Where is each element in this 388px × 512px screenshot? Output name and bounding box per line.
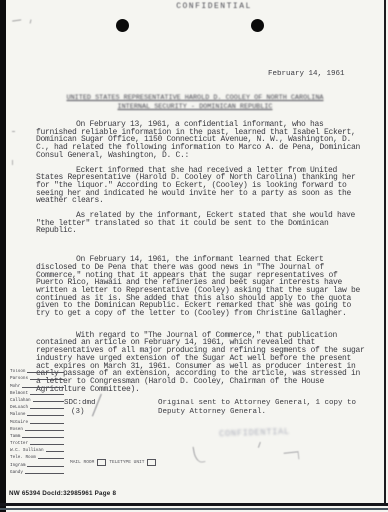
- pencil-mark: [284, 451, 300, 461]
- hole-punch-icon: [116, 19, 129, 32]
- routing-row: Tamm: [10, 432, 65, 439]
- pencil-mark: [12, 16, 21, 21]
- routing-row: Callahan: [10, 396, 65, 403]
- routing-blank-line: [22, 387, 64, 388]
- routing-row: Mohr: [10, 381, 65, 388]
- routing-row: Tele. Room: [10, 453, 65, 460]
- subject-caption: UNITED STATES REPRESENTATIVE HAROLD D. C…: [30, 94, 360, 112]
- routing-name: Callahan: [10, 398, 31, 403]
- routing-row: Rosen: [10, 425, 65, 432]
- routing-row: McGuire: [10, 417, 65, 424]
- routing-name: Ingram: [10, 463, 25, 468]
- routing-name: W.C. Sullivan: [10, 448, 44, 453]
- routing-row: Malone: [10, 410, 65, 417]
- routing-row: DeLoach: [10, 403, 65, 410]
- routing-name: Tele. Room: [10, 455, 36, 460]
- routing-row: Belmont: [10, 389, 65, 396]
- routing-blank-line: [22, 437, 64, 438]
- classification-header: CONFIDENTIAL: [40, 2, 388, 11]
- paragraph: With regard to "The Journal of Commerce,…: [36, 332, 368, 394]
- routing-name: Gandy: [10, 470, 23, 475]
- routing-name: Tamm: [10, 434, 20, 439]
- routing-blank-line: [27, 372, 64, 373]
- routing-blank-line: [30, 423, 64, 424]
- fbi-routing-stamp: Tolson Parsons Mohr Belmont Callahan DeL…: [10, 367, 65, 475]
- mail-room-label: MAIL ROOM: [70, 460, 94, 465]
- copy-count: (3): [64, 408, 96, 417]
- pencil-mark: [12, 160, 15, 165]
- distribution-note: Original sent to Attorney General, 1 cop…: [158, 399, 370, 416]
- hole-punch-icon: [251, 19, 264, 32]
- pencil-mark: [30, 19, 36, 24]
- routing-blank-line: [27, 466, 64, 467]
- pencil-mark: [12, 128, 15, 132]
- routing-row: Tolson: [10, 367, 65, 374]
- routing-row: Trotter: [10, 439, 65, 446]
- routing-blank-line: [30, 379, 64, 380]
- routing-blank-line: [30, 394, 64, 395]
- routing-name: Belmont: [10, 391, 28, 396]
- routing-row: W.C. Sullivan: [10, 446, 65, 453]
- paragraph: As related by the informant, Eckert stat…: [36, 212, 368, 235]
- routing-name: Mohr: [10, 384, 20, 389]
- scan-edge-bottom-shadow: [0, 508, 388, 510]
- routing-name: McGuire: [10, 420, 28, 425]
- subject-line-2: INTERNAL SECURITY - DOMINICAN REPUBLIC: [118, 103, 273, 111]
- memo-body: On February 13, 1961, a confidential inf…: [36, 121, 368, 400]
- checkbox-icon: [147, 459, 156, 466]
- scan-edge-right: [384, 0, 386, 506]
- routing-name: DeLoach: [10, 405, 28, 410]
- document-date: February 14, 1961: [268, 70, 345, 78]
- mail-room-line: MAIL ROOM TELETYPE UNIT: [70, 459, 156, 466]
- routing-name: Parsons: [10, 376, 28, 381]
- routing-blank-line: [30, 444, 64, 445]
- scan-edge-left: [0, 0, 6, 512]
- subject-line-1: UNITED STATES REPRESENTATIVE HAROLD D. C…: [67, 94, 324, 102]
- routing-blank-line: [25, 430, 64, 431]
- confidential-stamp-faint: CONFIDENTIAL: [219, 427, 290, 439]
- routing-blank-line: [25, 473, 64, 474]
- teletype-label: TELETYPE UNIT: [109, 460, 144, 465]
- scan-edge-bottom: [0, 503, 388, 506]
- routing-name: Rosen: [10, 427, 23, 432]
- paragraph: Eckert informed that she had received a …: [36, 167, 368, 206]
- routing-row: Gandy: [10, 468, 65, 475]
- routing-blank-line: [38, 458, 64, 459]
- document-page: CONFIDENTIAL February 14, 1961 UNITED ST…: [0, 0, 388, 512]
- routing-row: Parsons: [10, 374, 65, 381]
- paragraph: On February 14, 1961, the informant lear…: [36, 256, 368, 318]
- routing-name: Malone: [10, 412, 25, 417]
- paragraph: On February 13, 1961, a confidential inf…: [36, 121, 368, 160]
- archive-footer: NW 65394 DocId:32985961 Page 8: [9, 490, 116, 497]
- routing-blank-line: [27, 415, 64, 416]
- routing-name: Tolson: [10, 369, 25, 374]
- steno-initials-block: SDC:dmd (3): [64, 399, 96, 416]
- pencil-mark: [253, 440, 261, 448]
- routing-blank-line: [46, 451, 64, 452]
- routing-blank-line: [33, 401, 64, 402]
- pencil-mark: [193, 445, 206, 463]
- routing-blank-line: [30, 408, 64, 409]
- steno-initials: SDC:dmd: [64, 399, 96, 407]
- routing-row: Ingram: [10, 460, 65, 467]
- checkbox-icon: [97, 459, 106, 466]
- routing-name: Trotter: [10, 441, 28, 446]
